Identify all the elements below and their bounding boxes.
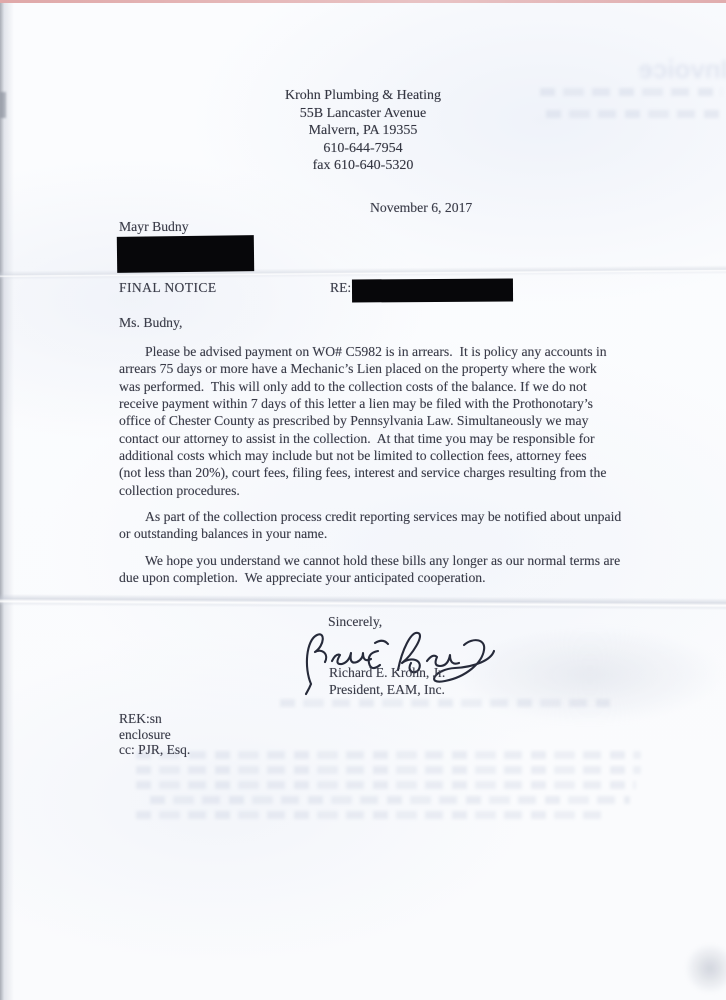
body-paragraph-1: Please be advised payment on WO# C5982 i… bbox=[119, 343, 607, 499]
company-name: Krohn Plumbing & Heating bbox=[0, 87, 726, 105]
corner-crumple-shadow bbox=[668, 930, 726, 1000]
signer-title: President, EAM, Inc. bbox=[329, 682, 445, 698]
bleedthrough-line bbox=[136, 811, 601, 819]
body-paragraph-2: As part of the collection process credit… bbox=[119, 508, 621, 543]
footer-references: REK:snenclosurecc: PJR, Esq. bbox=[119, 711, 190, 758]
salutation: Ms. Budny, bbox=[119, 315, 182, 331]
signer-name: Richard E. Krohn, Jr. bbox=[329, 665, 445, 681]
bleedthrough-line bbox=[136, 766, 641, 774]
scanned-letter-page: Invoice Krohn Plumbing & Heating 55B Lan… bbox=[0, 0, 726, 1000]
redaction-box-re bbox=[352, 279, 513, 303]
scan-top-edge-artifact bbox=[0, 0, 726, 3]
company-address-city: Malvern, PA 19355 bbox=[0, 122, 726, 140]
final-notice-label: FINAL NOTICE bbox=[119, 280, 217, 296]
company-phone: 610-644-7954 bbox=[0, 140, 726, 158]
bleedthrough-line bbox=[136, 751, 641, 759]
bleedthrough-line bbox=[150, 796, 630, 804]
bleedthrough-line bbox=[136, 781, 636, 789]
bleedthrough-line bbox=[280, 699, 610, 707]
redaction-box-address bbox=[117, 235, 254, 273]
letterhead: Krohn Plumbing & Heating 55B Lancaster A… bbox=[0, 87, 726, 175]
letter-date: November 6, 2017 bbox=[370, 200, 472, 216]
company-address-street: 55B Lancaster Avenue bbox=[0, 105, 726, 123]
body-paragraph-3: We hope you understand we cannot hold th… bbox=[119, 552, 620, 587]
bleedthrough-invoice-text: Invoice bbox=[548, 54, 726, 84]
recipient-name: Mayr Budny bbox=[119, 219, 189, 235]
company-fax: fax 610-640-5320 bbox=[0, 157, 726, 175]
reference-initials: REK:sn bbox=[119, 711, 162, 726]
re-label: RE: bbox=[330, 280, 351, 296]
paper-crease-upper bbox=[0, 265, 726, 280]
paper-fold-crease bbox=[0, 594, 726, 610]
enclosure-note: enclosure bbox=[119, 727, 171, 742]
cc-note: cc: PJR, Esq. bbox=[119, 742, 190, 757]
